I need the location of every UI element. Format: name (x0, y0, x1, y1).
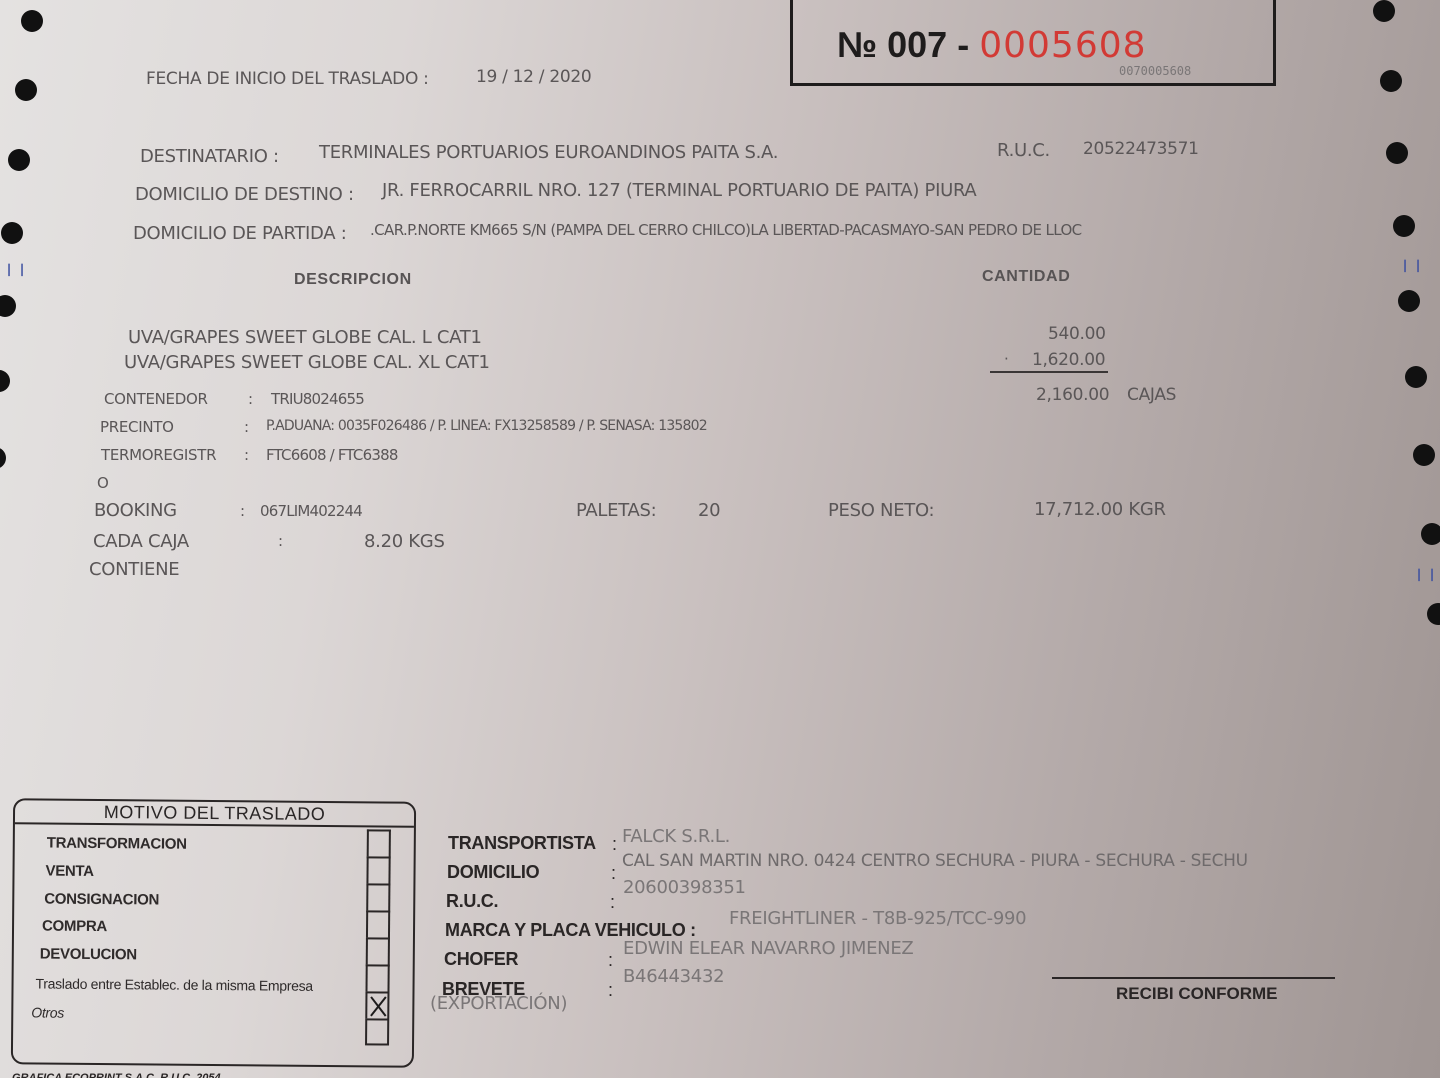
paletas-value: 20 (698, 500, 720, 521)
checkbox-devolucion[interactable] (366, 937, 390, 964)
booking-label: BOOKING (94, 500, 177, 521)
checkbox-blank[interactable] (365, 1018, 389, 1045)
motivo-option-devolucion: DEVOLUCION (40, 945, 137, 963)
motivo-checkboxes (365, 829, 393, 1045)
ruc-transport-value: 20600398351 (623, 877, 746, 898)
domicilio-label: DOMICILIO (447, 862, 539, 883)
motivo-option-venta: VENTA (45, 863, 93, 880)
motivo-title: MOTIVO DEL TRASLADO (15, 800, 414, 827)
motivo-option-otros: Otros (31, 1004, 64, 1020)
colon: : (608, 950, 613, 971)
guia-remision-page: ❘❘ ❘❘ ❘❘ № 007 - 0005608 0070005608 FECH… (0, 0, 1440, 1078)
domicilio-value: CAL SAN MARTIN NRO. 0424 CENTRO SECHURA … (622, 851, 1248, 871)
destinatario-label: DESTINATARIO : (140, 146, 279, 167)
feed-hole-icon (8, 149, 30, 171)
feed-hole-icon (1405, 366, 1427, 388)
item-descripcion: UVA/GRAPES SWEET GLOBE CAL. L CAT1 (128, 327, 482, 348)
checkbox-compra[interactable] (366, 910, 390, 937)
termoregistro-value: FTC6608 / FTC6388 (266, 446, 398, 464)
motivo-option-traslado-establec: Traslado entre Establec. de la misma Emp… (35, 975, 312, 993)
colon: : (611, 863, 616, 884)
perforation-mark: ❘❘ (1400, 258, 1426, 272)
recibi-conforme-label: RECIBI CONFORME (1116, 984, 1278, 1004)
colon: : (244, 418, 249, 436)
precinto-value: P.ADUANA: 0035F026486 / P. LINEA: FX1325… (266, 418, 707, 434)
fecha-value: 19 / 12 / 2020 (476, 67, 591, 87)
ruc-value: 20522473571 (1083, 139, 1199, 159)
transportista-value: FALCK S.R.L. (622, 826, 730, 847)
brevete-value: B46443432 (623, 966, 724, 987)
serie-number-small: 0070005608 (1119, 64, 1191, 78)
feed-hole-icon (1421, 523, 1440, 545)
perforation-mark: ❘❘ (4, 262, 30, 276)
feed-hole-icon (1413, 444, 1435, 466)
motivo-option-consignacion: CONSIGNACION (44, 891, 159, 909)
checkbox-otros[interactable] (365, 991, 389, 1018)
feed-hole-icon (1393, 215, 1415, 237)
feed-hole-icon (1398, 290, 1420, 312)
colon: : (608, 980, 613, 1001)
signature-line (1052, 977, 1335, 979)
brevete-label: BREVETE (442, 979, 525, 1000)
item-cantidad: 1,620.00 (1032, 350, 1105, 370)
marca-placa-value: FREIGHTLINER - T8B-925/TCC-990 (729, 908, 1026, 929)
colon: : (240, 502, 245, 520)
document-number: № 007 - 0005608 (837, 24, 1147, 66)
feed-hole-icon (1427, 603, 1440, 625)
item-bullet: · (1004, 350, 1008, 368)
total-underline (990, 371, 1108, 373)
contenedor-value: TRIU8024655 (271, 390, 364, 408)
cada-caja-label: CADA CAJA (93, 531, 189, 552)
domicilio-destino-value: JR. FERROCARRIL NRO. 127 (TERMINAL PORTU… (382, 180, 976, 201)
cada-caja-label-cont: CONTIENE (89, 559, 179, 580)
contenedor-label: CONTENEDOR (104, 390, 208, 408)
colon: : (610, 892, 615, 913)
cada-caja-value: 8.20 KGS (364, 531, 445, 552)
motivo-option-transformacion: TRANSFORMACION (47, 835, 187, 853)
paletas-label: PALETAS: (576, 500, 656, 521)
feed-hole-icon (0, 295, 16, 317)
total-unit: CAJAS (1127, 385, 1176, 405)
checkbox-transformacion[interactable] (367, 829, 391, 856)
termoregistro-label-cont: O (97, 474, 109, 492)
colon: : (278, 532, 283, 550)
motivo-option-compra: COMPRA (42, 918, 107, 936)
peso-neto-label: PESO NETO: (828, 500, 934, 521)
fecha-label: FECHA DE INICIO DEL TRASLADO : (146, 69, 429, 89)
domicilio-destino-label: DOMICILIO DE DESTINO : (135, 184, 354, 205)
feed-hole-icon (0, 370, 10, 392)
motivo-traslado-box: MOTIVO DEL TRASLADO TRANSFORMACION VENTA… (11, 798, 416, 1068)
feed-hole-icon (1, 222, 23, 244)
checkbox-venta[interactable] (366, 856, 390, 883)
chofer-value: EDWIN ELEAR NAVARRO JIMENEZ (623, 938, 913, 959)
colon: : (244, 446, 249, 464)
ruc-label: R.U.C. (997, 140, 1050, 161)
checkbox-consignacion[interactable] (366, 883, 390, 910)
domicilio-partida-label: DOMICILIO DE PARTIDA : (133, 223, 347, 244)
termoregistro-label: TERMOREGISTR (101, 446, 216, 464)
document-number-box: № 007 - 0005608 0070005608 (790, 0, 1276, 86)
checkbox-traslado-establec[interactable] (365, 964, 389, 991)
precinto-label: PRECINTO (100, 418, 174, 436)
feed-hole-icon (21, 10, 43, 32)
colon: : (248, 390, 253, 408)
item-cantidad: 540.00 (1048, 324, 1106, 344)
feed-hole-icon (1373, 0, 1395, 22)
feed-hole-icon (1386, 142, 1408, 164)
serie-number: 0005608 (979, 25, 1146, 66)
printer-footer: GRAFICA ECOPRINT S.A.C. R.U.C. 2054... (12, 1072, 230, 1078)
descripcion-header: DESCRIPCION (294, 271, 412, 289)
transportista-label: TRANSPORTISTA (448, 833, 596, 854)
cantidad-header: CANTIDAD (982, 268, 1070, 286)
destinatario-value: TERMINALES PORTUARIOS EUROANDINOS PAITA … (319, 142, 778, 163)
feed-hole-icon (15, 79, 37, 101)
peso-neto-value: 17,712.00 KGR (1034, 499, 1166, 520)
domicilio-partida-value: .CAR.P.NORTE KM665 S/N (PAMPA DEL CERRO … (370, 221, 1082, 239)
booking-value: 067LIM402244 (260, 502, 362, 520)
ruc-transport-label: R.U.C. (446, 891, 498, 912)
perforation-mark: ❘❘ (1414, 567, 1440, 581)
chofer-label: CHOFER (444, 949, 518, 970)
total-cantidad: 2,160.00 (1036, 385, 1109, 405)
feed-hole-icon (1380, 70, 1402, 92)
feed-hole-icon (0, 447, 6, 469)
colon: : (612, 834, 617, 855)
item-descripcion: UVA/GRAPES SWEET GLOBE CAL. XL CAT1 (124, 352, 490, 373)
